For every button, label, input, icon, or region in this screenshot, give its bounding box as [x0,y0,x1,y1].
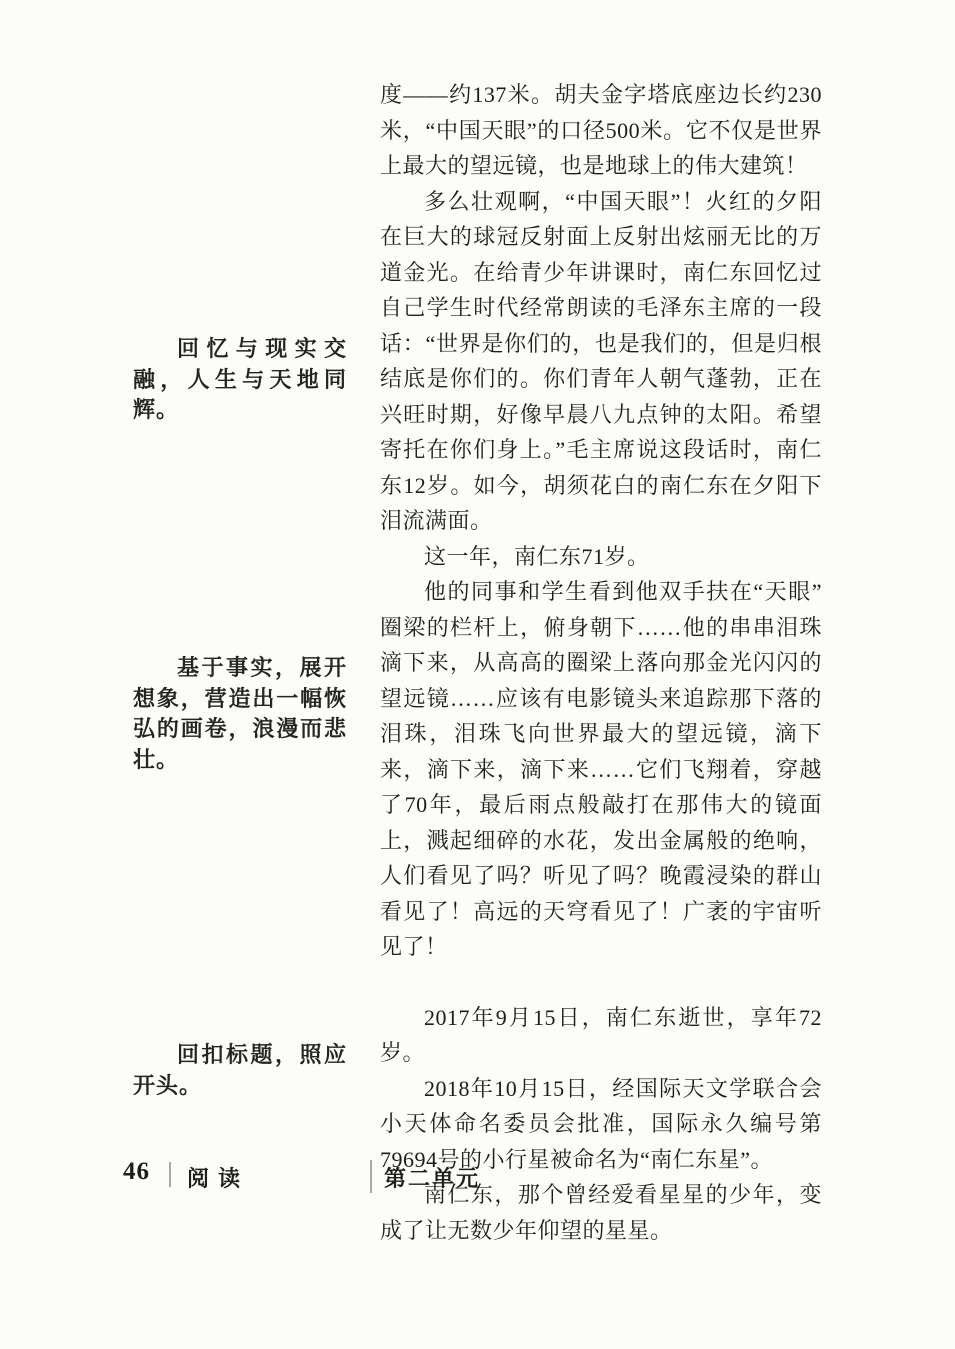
footer-unit-label: 第二单元 [384,1162,480,1193]
textbook-page: 回忆与现实交融，人生与天地同辉。 基于事实，展开想象，营造出一幅恢弘的画卷，浪漫… [0,0,955,1349]
footer-divider [169,1162,171,1187]
margin-note: 回忆与现实交融，人生与天地同辉。 [133,334,347,426]
margin-note: 回扣标题，照应开头。 [133,1040,347,1101]
body-paragraph: 这一年，南仁东71岁。 [380,539,822,575]
passage-body: 度——约137米。胡夫金字塔底座边长约230米，“中国天眼”的口径500米。它不… [380,77,822,1248]
body-paragraph: 2017年9月15日，南仁东逝世，享年72岁。 [380,1000,822,1071]
page-footer: 46 阅读 第二单元 [0,1152,955,1198]
footer-section-label: 阅读 [187,1162,249,1193]
margin-note: 基于事实，展开想象，营造出一幅恢弘的画卷，浪漫而悲壮。 [133,653,347,775]
body-paragraph: 他的同事和学生看到他双手扶在“天眼”圈梁的栏杆上，俯身朝下……他的串串泪珠滴下来… [380,574,822,965]
section-break [380,965,822,1000]
body-paragraph: 度——约137米。胡夫金字塔底座边长约230米，“中国天眼”的口径500米。它不… [380,77,822,184]
page-number: 46 [123,1158,150,1186]
body-paragraph: 多么壮观啊，“中国天眼”！火红的夕阳在巨大的球冠反射面上反射出炫丽无比的万道金光… [380,184,822,539]
footer-divider [370,1160,372,1193]
